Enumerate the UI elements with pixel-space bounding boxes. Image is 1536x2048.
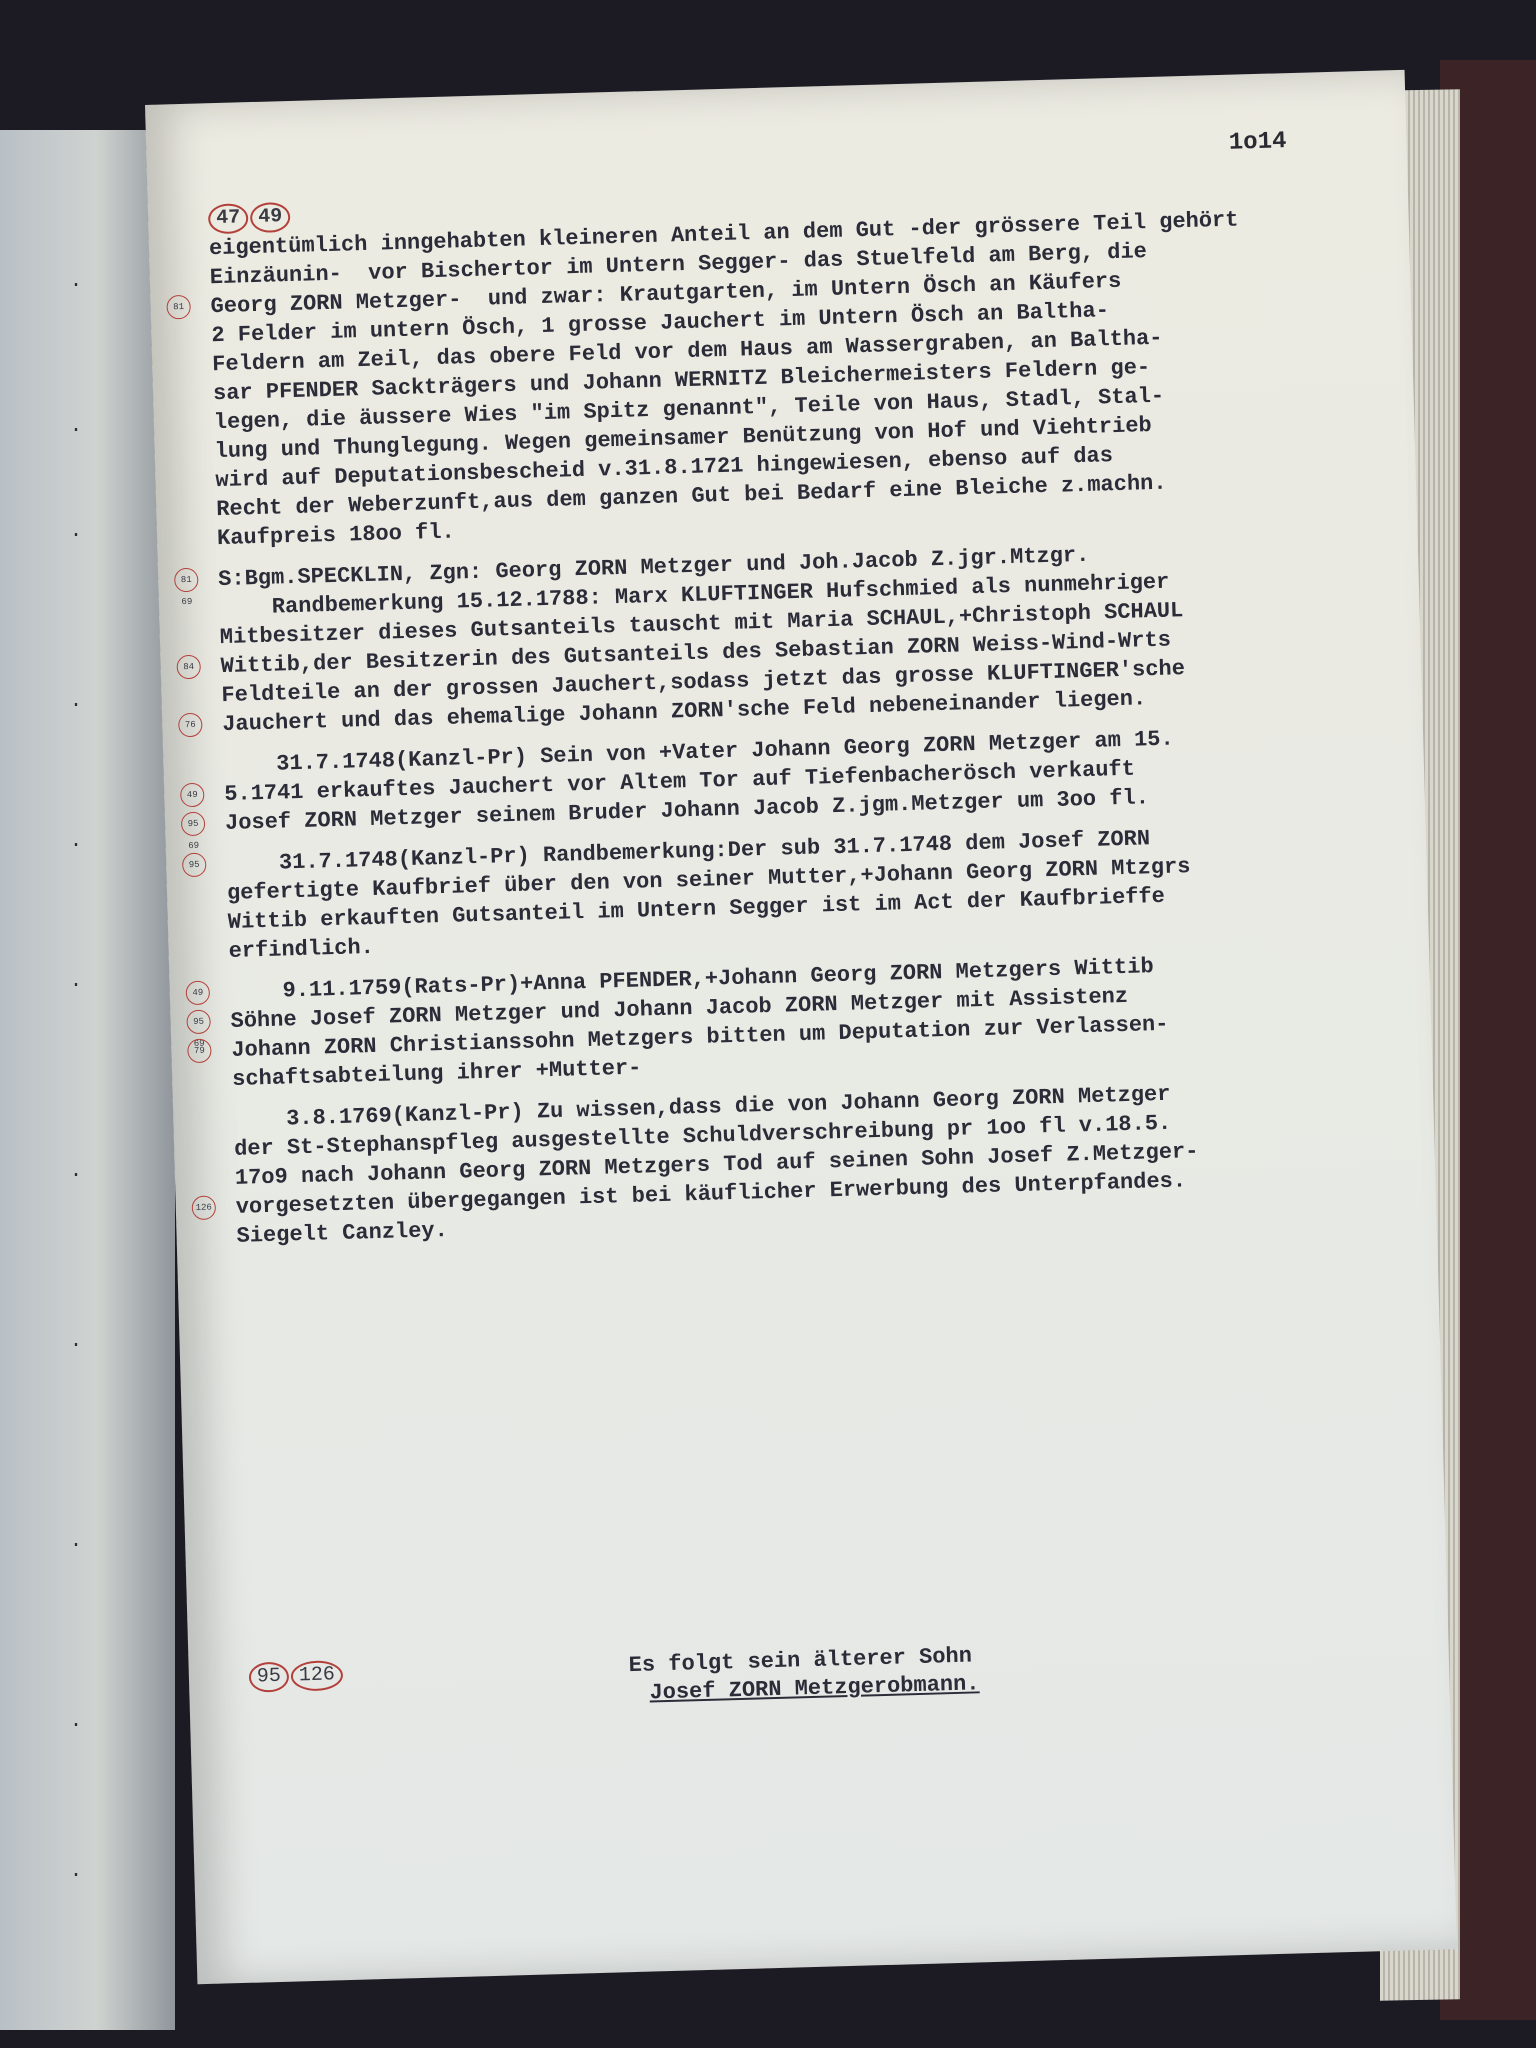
paragraph: 49 9.11.1759(Rats-Pr)+Anna PFENDER,+Joha… — [229, 946, 1372, 1094]
left-page-mark: . — [70, 1530, 82, 1553]
ref-circle: 47 — [208, 203, 249, 234]
paragraph: 31.7.1748(Kanzl-Pr) Sein von +Vater Joha… — [223, 719, 1365, 838]
left-page-mark: . — [70, 270, 82, 293]
paragraph: eigentümlich inngehabten kleineren Antei… — [209, 202, 1357, 553]
line-text: Kaufpreis 18oo fl. — [217, 520, 455, 552]
margin-annotation: 79 — [187, 1039, 212, 1064]
margin-annotation: 95 69 — [181, 812, 206, 837]
paragraph: 3.8.1769(Kanzl-Pr) Zu wissen,dass die vo… — [233, 1074, 1377, 1251]
left-page-mark: . — [70, 1330, 82, 1353]
left-page-mark: . — [70, 1860, 82, 1883]
margin-annotation: 95 — [182, 853, 207, 878]
paragraph: 81 69S:Bgm.SPECKLIN, Zgn: Georg ZORN Met… — [218, 533, 1362, 739]
margin-annotation: 84 — [176, 655, 201, 680]
ref-circle: 95 — [249, 1662, 290, 1693]
footer: 95 126 Es folgt sein älterer Sohn Josef … — [249, 1631, 1389, 1693]
left-page-mark: . — [70, 690, 82, 713]
left-page-mark: . — [70, 1160, 82, 1183]
left-page-mark: . — [70, 415, 82, 438]
margin-annotation: 126 — [191, 1195, 216, 1220]
footer-note: Es folgt sein älterer Sohn Josef ZORN Me… — [628, 1642, 979, 1708]
margin-annotation: 49 — [180, 783, 205, 808]
left-page-mark: . — [70, 970, 82, 993]
left-page-mark: . — [70, 830, 82, 853]
left-page-mark: . — [70, 1710, 82, 1733]
document-page: 1o14 4749eigentümlich inngehabten kleine… — [145, 70, 1457, 1984]
left-page: . . . . . . . . . . . — [0, 130, 175, 2030]
margin-annotation: 81 69 — [174, 568, 199, 593]
ref-circle: 49 — [250, 202, 291, 233]
left-page-mark: . — [70, 520, 82, 543]
line-text: erfindlich. — [228, 935, 374, 964]
margin-annotation: 81 — [166, 295, 191, 320]
page-number: 1o14 — [1229, 128, 1287, 157]
paragraph: 95 31.7.1748(Kanzl-Pr) Randbemerkung:Der… — [226, 818, 1369, 966]
line-text: Siegelt Canzley. — [236, 1218, 448, 1249]
document-body: 4749eigentümlich inngehabten kleineren A… — [208, 171, 1377, 1262]
margin-annotation: 76 — [178, 713, 203, 738]
margin-annotation: 49 — [185, 981, 210, 1006]
margin-annotation: 95 69 — [186, 1010, 211, 1035]
footer-refs: 95 126 — [249, 1660, 344, 1693]
ref-circle: 126 — [291, 1660, 344, 1691]
